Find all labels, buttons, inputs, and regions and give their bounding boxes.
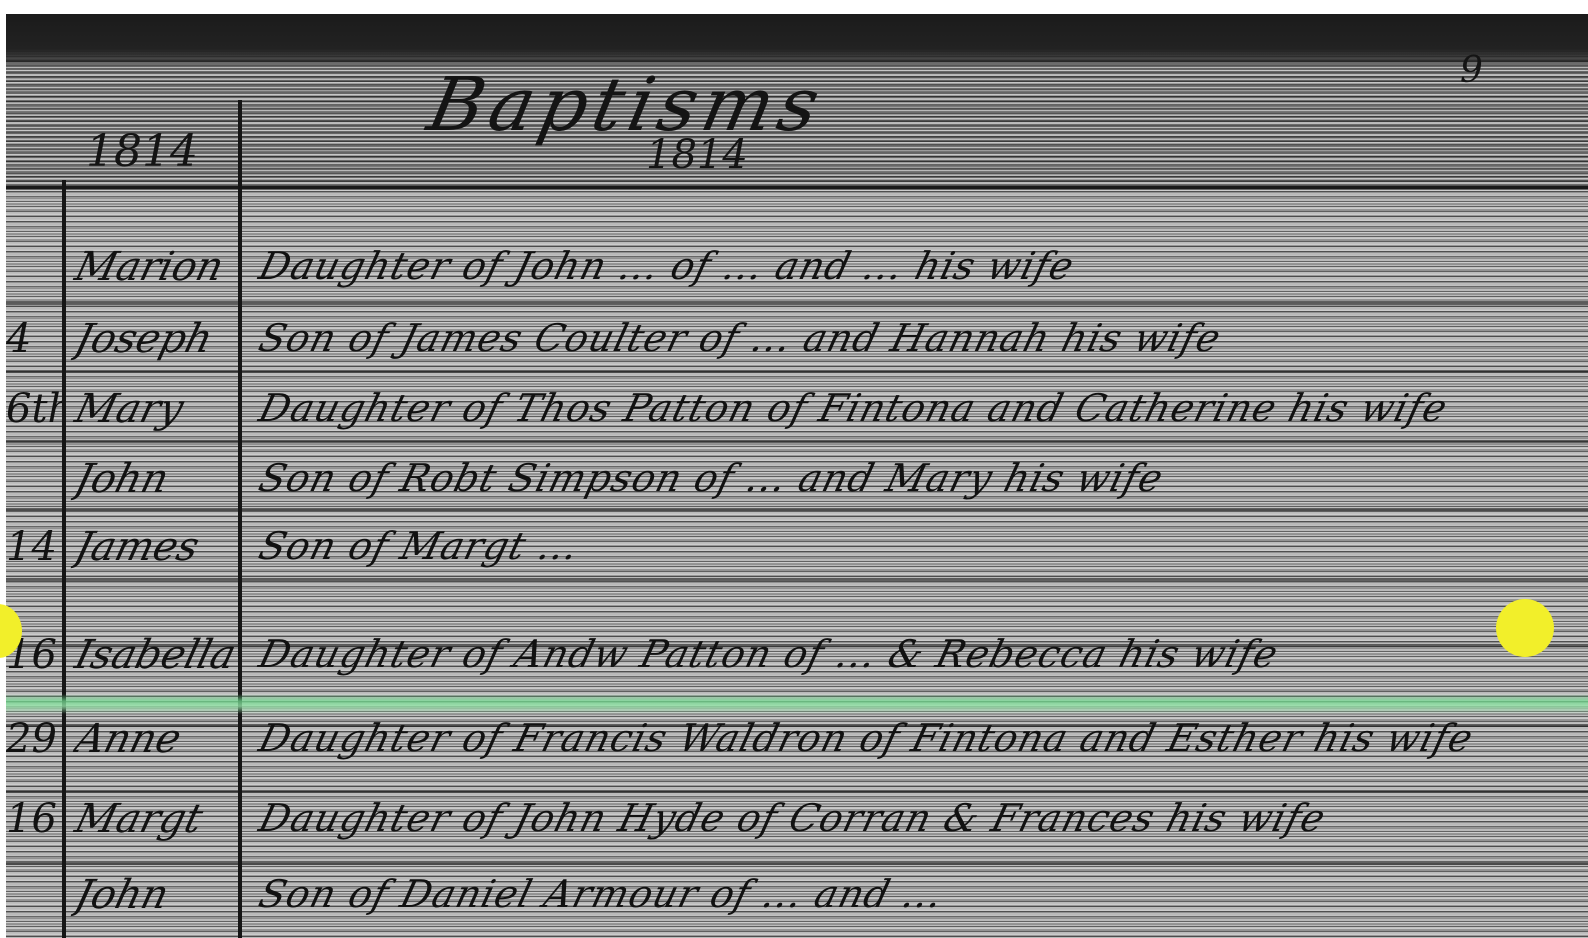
row-entry: Daughter of John ... of ... and ... his … <box>255 244 1586 288</box>
row-name: John <box>70 872 251 918</box>
row-entry: Daughter of John Hyde of Corran & France… <box>255 796 1586 840</box>
row-name: John <box>70 456 251 502</box>
row-name: Isabella <box>70 632 251 678</box>
register-row: John Son of Daniel Armour of ... and ... <box>6 872 1588 938</box>
dark-top-band <box>6 14 1588 64</box>
scanned-register-page: Baptisms 1814 1814 9 Marion Daughter of … <box>0 0 1588 938</box>
row-name: Mary <box>70 386 251 432</box>
row-name: Marion <box>70 244 251 290</box>
row-day: 6th <box>6 386 62 432</box>
row-name: Margt <box>70 796 251 842</box>
row-rule <box>6 862 1588 865</box>
register-row: 4 Joseph Son of James Coulter of ... and… <box>6 316 1588 382</box>
header-rule <box>6 186 1588 189</box>
row-day: 29 <box>6 716 62 762</box>
row-entry: Daughter of Andw Patton of ... & Rebecca… <box>255 632 1586 676</box>
row-name: James <box>70 524 251 570</box>
row-name: Joseph <box>70 316 251 362</box>
register-row: 14 James Son of Margt ... <box>6 524 1588 590</box>
row-name: Anne <box>70 716 251 762</box>
row-entry: Son of James Coulter of ... and Hannah h… <box>255 316 1586 360</box>
yellow-punch-dot-icon <box>1496 599 1554 657</box>
register-row: 6th Mary Daughter of Thos Patton of Fint… <box>6 386 1588 452</box>
row-entry: Daughter of Francis Waldron of Fintona a… <box>255 716 1586 760</box>
row-entry: Son of Margt ... <box>255 524 1586 568</box>
corner-mark: 9 <box>1460 50 1483 91</box>
register-row: John Son of Robt Simpson of ... and Mary… <box>6 456 1588 522</box>
register-heading: Baptisms <box>421 62 833 148</box>
row-entry: Son of Daniel Armour of ... and ... <box>255 872 1586 916</box>
row-day: 14 <box>6 524 62 570</box>
row-day: 4 <box>6 316 62 362</box>
register-row-highlighted: 16 Isabella Daughter of Andw Patton of .… <box>6 632 1588 698</box>
year-center: 1814 <box>646 132 748 178</box>
row-entry: Son of Robt Simpson of ... and Mary his … <box>255 456 1586 500</box>
row-day: 16 <box>6 796 62 842</box>
row-entry: Daughter of Thos Patton of Fintona and C… <box>255 386 1586 430</box>
year-left: 1814 <box>86 126 198 177</box>
register-row: 16 Margt Daughter of John Hyde of Corran… <box>6 796 1588 862</box>
register-row: 29 Anne Daughter of Francis Waldron of F… <box>6 716 1588 782</box>
register-row: Marion Daughter of John ... of ... and .… <box>6 244 1588 310</box>
row-rule <box>6 790 1588 793</box>
